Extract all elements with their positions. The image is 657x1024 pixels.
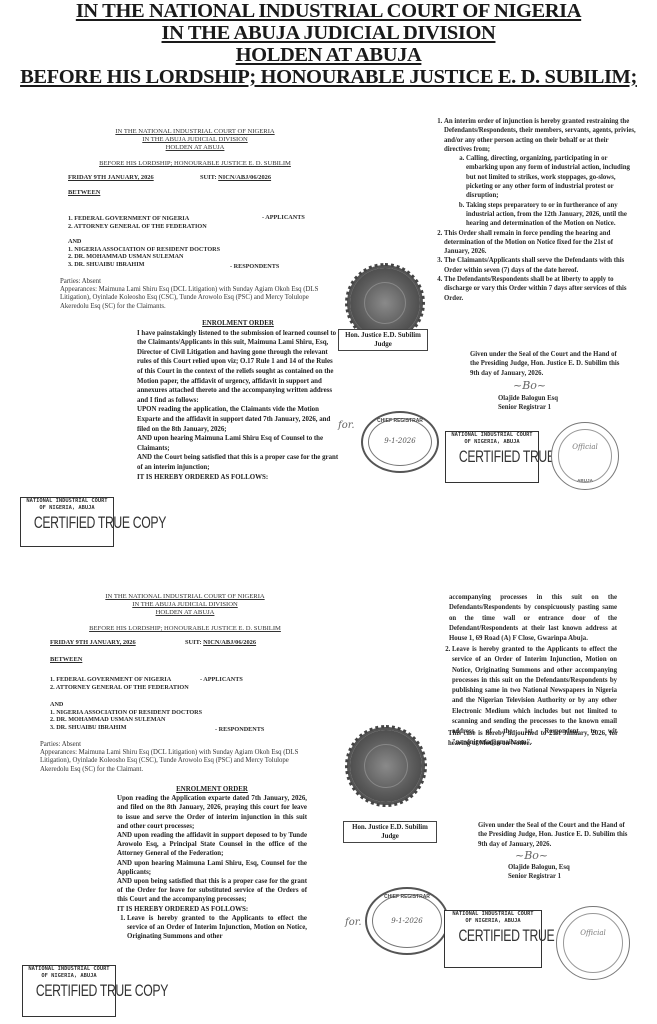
header-court: IN THE NATIONAL INDUSTRIAL COURT OF NIGE… <box>95 128 295 136</box>
page2-applicants: 1. FEDERAL GOVERNMENT OF NIGERIA 2. ATTO… <box>50 676 189 691</box>
suit-number: NICN/ABJ/06/2026 <box>203 639 256 646</box>
page1-orders: An interim order of injunction is hereby… <box>432 117 637 303</box>
banner-division: IN THE ABUJA JUDICIAL DIVISION <box>0 22 657 44</box>
applicant-1: 1. FEDERAL GOVERNMENT OF NIGERIA <box>50 676 189 684</box>
order-item: Leave is hereby granted to the Applicant… <box>127 914 307 942</box>
page2-appearances: Parties: Absent Appearances: Maimuna Lam… <box>40 741 305 774</box>
parties-status: Parties: Absent <box>60 278 325 286</box>
ctc-line1: NATIONAL INDUSTRIAL COURT <box>21 498 113 505</box>
respondent-2: 2. DR. MOHAMMAD USMAN SULEMAN <box>68 253 220 261</box>
scanned-page-1: IN THE NATIONAL INDUSTRIAL COURT OF NIGE… <box>0 100 657 560</box>
page2-header: IN THE NATIONAL INDUSTRIAL COURT OF NIGE… <box>85 593 285 617</box>
page1-judge-signature-box: Hon. Justice E.D. Subilim Judge <box>338 329 428 351</box>
suit-label: SUIT: <box>185 639 203 646</box>
page2-before: BEFORE HIS LORDSHIP; HONOURABLE JUSTICE … <box>70 625 300 633</box>
ctc-main: CERTIFIED TRUE COPY <box>459 446 525 468</box>
suit-number: NICN/ABJ/06/2026 <box>218 174 271 181</box>
banner-holden: HOLDEN AT ABUJA <box>0 44 657 66</box>
respondent-1: 1. NIGERIA ASSOCIATION OF RESIDENT DOCTO… <box>68 246 220 254</box>
parties-status: Parties: Absent <box>40 741 305 749</box>
page2-adjourned: This case is hereby adjourned to 21st Ja… <box>448 729 618 750</box>
enrolment-paragraph: AND upon reading the affidavit in suppor… <box>117 831 307 859</box>
page1-respondents-label: - RESPONDENTS <box>230 263 279 271</box>
enrolment-paragraph: I have painstakingly listened to the sub… <box>137 329 339 406</box>
enrolment-title: ENROLMENT ORDER <box>117 785 307 794</box>
page1-between: BETWEEN <box>68 189 100 197</box>
page1-header: IN THE NATIONAL INDUSTRIAL COURT OF NIGE… <box>95 128 295 152</box>
chief-registrar-stamp-icon: CHIEF REGISTRAR 9-1-2026 <box>365 887 449 955</box>
order-item: The Defendants/Respondents shall be at l… <box>444 275 637 303</box>
header-holden: HOLDEN AT ABUJA <box>85 609 285 617</box>
for-annotation: for. <box>345 917 362 928</box>
order-item: This Order shall remain in force pending… <box>444 229 637 257</box>
stamp-date: 9-1-2026 <box>367 917 447 925</box>
enrolment-paragraph: IT IS HEREBY ORDERED AS FOLLOWS: <box>137 473 339 483</box>
and-label: AND <box>68 238 220 246</box>
judge-title: Judge <box>348 832 432 841</box>
page2-respondents: AND 1. NIGERIA ASSOCIATION OF RESIDENT D… <box>50 701 202 731</box>
ctc-line2: OF NIGERIA, ABUJA <box>23 973 115 980</box>
registrar-signature-icon: ~Bo~ <box>513 379 546 392</box>
official-hand: Official <box>557 929 629 937</box>
enrolment-paragraph: IT IS HEREBY ORDERED AS FOLLOWS: <box>117 905 307 914</box>
enrolment-title: ENROLMENT ORDER <box>137 319 339 329</box>
order-item: An interim order of injunction is hereby… <box>444 117 637 229</box>
appearances-text: Appearances: Maimuna Lami Shiru Esq (DCL… <box>40 749 305 774</box>
certified-true-copy-stamp-icon: NATIONAL INDUSTRIAL COURT OF NIGERIA, AB… <box>444 910 542 968</box>
banner-before: BEFORE HIS LORDSHIP; HONOURABLE JUSTICE … <box>0 66 657 88</box>
appearances-text: Appearances: Maimuna Lami Shiru Esq (DCL… <box>60 286 325 311</box>
page2-applicants-label: - APPLICANTS <box>200 676 243 684</box>
certified-true-copy-stamp-icon: NATIONAL INDUSTRIAL COURT OF NIGERIA, AB… <box>445 431 539 483</box>
enrolment-paragraph: UPON reading the application, the Claima… <box>137 405 339 434</box>
page2-enrolment-order: ENROLMENT ORDER Upon reading the Applica… <box>117 785 307 941</box>
header-before: BEFORE HIS LORDSHIP; HONOURABLE JUSTICE … <box>70 625 300 633</box>
order-subitem: Calling, directing, organizing, particip… <box>466 154 637 200</box>
respondent-3: 3. DR. SHUAIBU IBRAHIM <box>50 724 202 732</box>
registrar-title: Senior Registrar 1 <box>498 403 558 412</box>
page1-registrar: Olajide Balogun Esq Senior Registrar 1 <box>498 394 558 412</box>
document-banner: IN THE NATIONAL INDUSTRIAL COURT OF NIGE… <box>0 0 657 88</box>
banner-court: IN THE NATIONAL INDUSTRIAL COURT OF NIGE… <box>0 0 657 22</box>
page1-before: BEFORE HIS LORDSHIP; HONOURABLE JUSTICE … <box>85 160 305 168</box>
page2-respondents-label: - RESPONDENTS <box>215 726 264 734</box>
header-before: BEFORE HIS LORDSHIP; HONOURABLE JUSTICE … <box>85 160 305 168</box>
stamp-label: CHIEF REGISTRAR <box>363 418 437 424</box>
page2-date: FRIDAY 9TH JANUARY, 2026 <box>50 639 136 647</box>
ctc-line1: NATIONAL INDUSTRIAL COURT <box>446 432 538 439</box>
enrolment-paragraph: AND the Court being satisfied that this … <box>137 453 339 472</box>
enrolment-paragraph: AND upon hearing Maimuna Lami Shiru, Esq… <box>117 859 307 877</box>
enrolment-paragraph: Upon reading the Application exparte dat… <box>117 794 307 831</box>
header-division: IN THE ABUJA JUDICIAL DIVISION <box>95 136 295 144</box>
page1-respondents: AND 1. NIGERIA ASSOCIATION OF RESIDENT D… <box>68 238 220 268</box>
registrar-title: Senior Registrar 1 <box>508 872 570 881</box>
scanned-page-2: IN THE NATIONAL INDUSTRIAL COURT OF NIGE… <box>0 565 657 1024</box>
for-annotation: for. <box>338 420 355 431</box>
stamp-date: 9-1-2026 <box>363 437 437 445</box>
ctc-line1: NATIONAL INDUSTRIAL COURT <box>445 911 541 918</box>
respondent-3: 3. DR. SHUAIBU IBRAHIM <box>68 261 220 269</box>
official-place: ABUJA <box>552 478 618 483</box>
ctc-main: CERTIFIED TRUE COPY <box>34 512 100 534</box>
certified-true-copy-stamp-icon: NATIONAL INDUSTRIAL COURT OF NIGERIA, AB… <box>20 497 114 547</box>
ctc-main: CERTIFIED TRUE COPY <box>36 980 102 1002</box>
enrolment-paragraph: AND upon being satisfied that this is a … <box>117 877 307 905</box>
registrar-name: Olajide Balogun, Esq <box>508 863 570 872</box>
judge-title: Judge <box>343 340 423 349</box>
page1-applicants-label: - APPLICANTS <box>262 214 305 222</box>
enrolment-paragraph: AND upon hearing Maimuna Lami Shiru Esq … <box>137 434 339 453</box>
official-hand: Official <box>552 443 618 451</box>
ctc-main: CERTIFIED TRUE COPY <box>458 925 527 947</box>
judge-name: Hon. Justice E.D. Subilim <box>348 823 432 832</box>
order-text: An interim order of injunction is hereby… <box>444 118 636 153</box>
header-division: IN THE ABUJA JUDICIAL DIVISION <box>85 601 285 609</box>
official-court-stamp-icon: Official ABUJA <box>551 422 619 490</box>
page1-enrolment-order: ENROLMENT ORDER I have painstakingly lis… <box>137 319 339 482</box>
respondent-2: 2. DR. MOHAMMAD USMAN SULEMAN <box>50 716 202 724</box>
court-seal-icon <box>350 268 420 338</box>
applicant-2: 2. ATTORNEY GENERAL OF THE FEDERATION <box>50 684 189 692</box>
chief-registrar-stamp-icon: CHIEF REGISTRAR 9-1-2026 <box>361 411 439 473</box>
page2-given-under: Given under the Seal of the Court and th… <box>478 821 628 849</box>
order-item: The Claimants/Applicants shall serve the… <box>444 256 637 275</box>
page2-judge-signature-box: Hon. Justice E.D. Subilim Judge <box>343 821 437 843</box>
page2-between: BETWEEN <box>50 656 82 664</box>
order-subitem: Taking steps preparatory to or in furthe… <box>466 201 637 229</box>
ctc-line2: OF NIGERIA, ABUJA <box>445 918 541 925</box>
header-holden: HOLDEN AT ABUJA <box>95 144 295 152</box>
ctc-line1: NATIONAL INDUSTRIAL COURT <box>23 966 115 973</box>
and-label: AND <box>50 701 202 709</box>
page1-given-under: Given under the Seal of the Court and th… <box>470 350 620 378</box>
page2-order1-continued: accompanying processes in this suit on t… <box>449 593 617 644</box>
ctc-line2: OF NIGERIA, ABUJA <box>446 439 538 446</box>
page1-appearances: Parties: Absent Appearances: Maimuna Lam… <box>60 278 325 311</box>
page1-suit: SUIT: NICN/ABJ/06/2026 <box>200 174 271 182</box>
respondent-1: 1. NIGERIA ASSOCIATION OF RESIDENT DOCTO… <box>50 709 202 717</box>
page1-applicants: 1. FEDERAL GOVERNMENT OF NIGERIA 2. ATTO… <box>68 215 207 230</box>
applicant-2: 2. ATTORNEY GENERAL OF THE FEDERATION <box>68 223 207 231</box>
page2-registrar: Olajide Balogun, Esq Senior Registrar 1 <box>508 863 570 881</box>
applicant-1: 1. FEDERAL GOVERNMENT OF NIGERIA <box>68 215 207 223</box>
stamp-label: CHIEF REGISTRAR <box>367 894 447 900</box>
header-court: IN THE NATIONAL INDUSTRIAL COURT OF NIGE… <box>85 593 285 601</box>
suit-label: SUIT: <box>200 174 218 181</box>
registrar-name: Olajide Balogun Esq <box>498 394 558 403</box>
judge-name: Hon. Justice E.D. Subilim <box>343 331 423 340</box>
registrar-signature-icon: ~Bo~ <box>515 849 548 862</box>
page2-suit: SUIT: NICN/ABJ/06/2026 <box>185 639 256 647</box>
court-seal-icon <box>350 730 422 802</box>
official-court-stamp-icon: Official <box>556 906 630 980</box>
certified-true-copy-stamp-icon: NATIONAL INDUSTRIAL COURT OF NIGERIA, AB… <box>22 965 116 1017</box>
page1-date: FRIDAY 9TH JANUARY, 2026 <box>68 174 154 182</box>
ctc-line2: OF NIGERIA, ABUJA <box>21 505 113 512</box>
